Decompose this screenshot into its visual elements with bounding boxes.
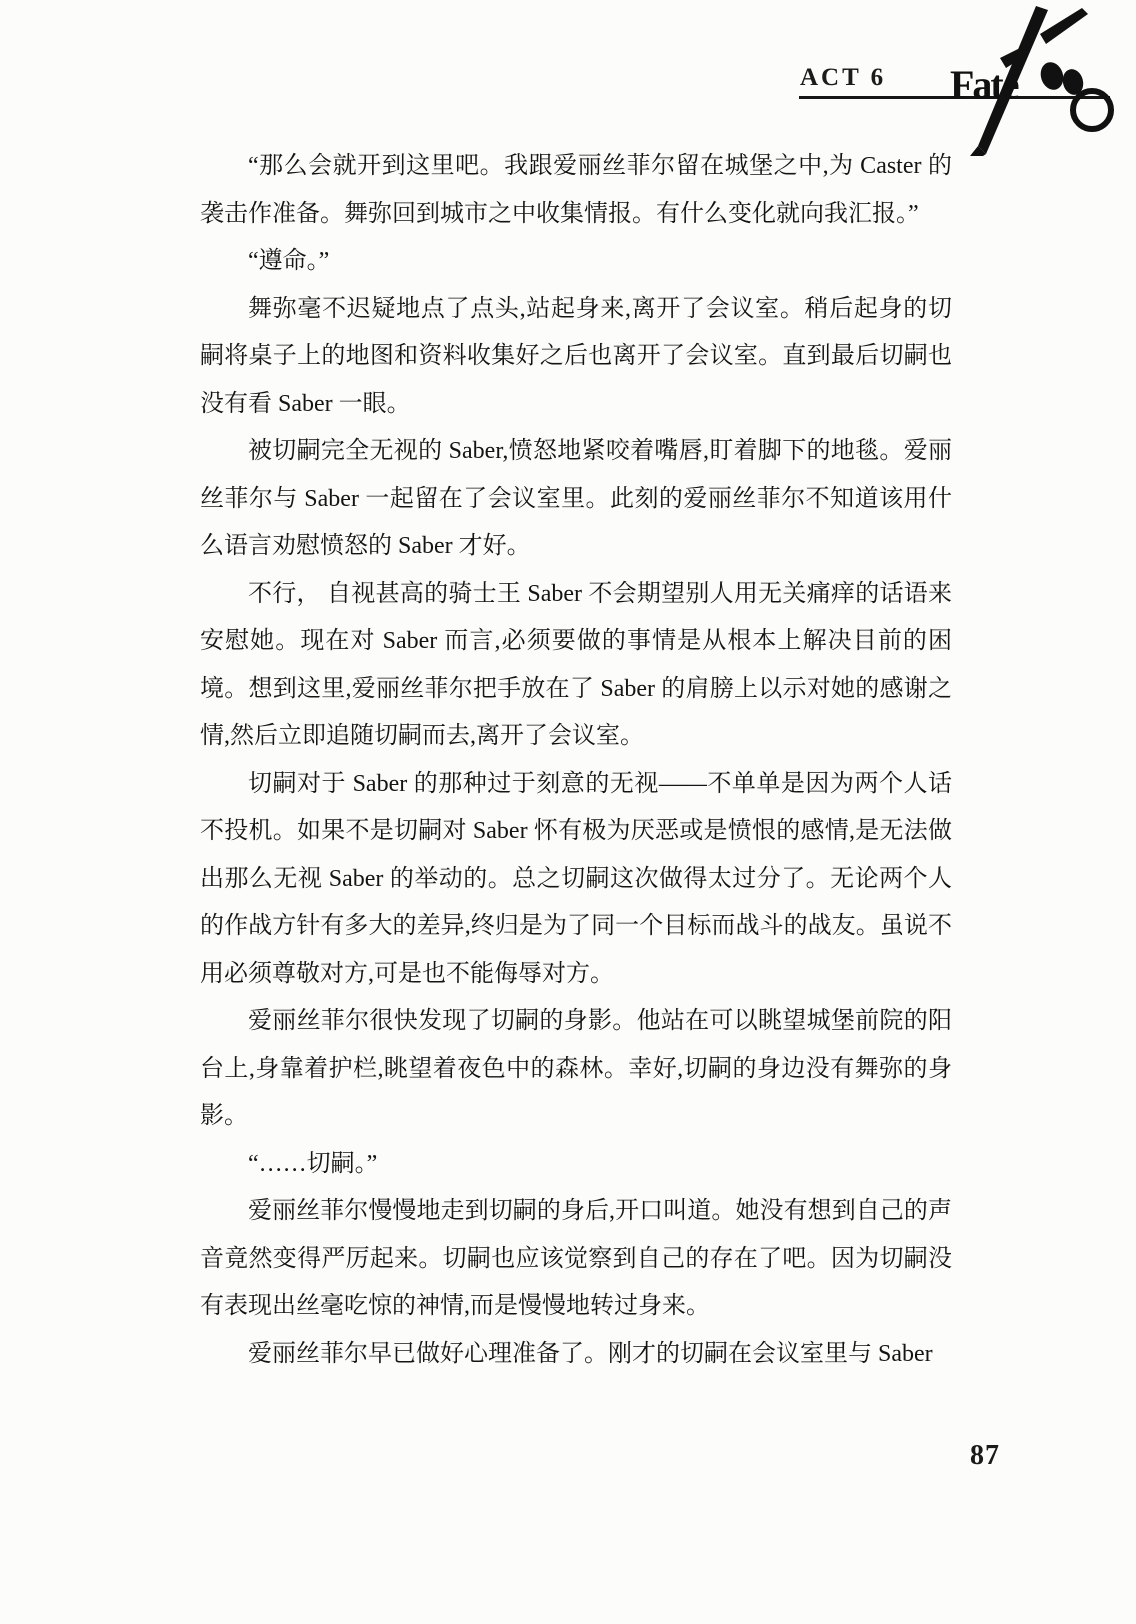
paragraph-narration-2: 被切嗣完全无视的 Saber,愤怒地紧咬着嘴唇,盯着脚下的地毯。爱丽丝菲尔与 S… bbox=[200, 428, 952, 571]
book-page: ACT 6 Fate bbox=[0, 0, 1136, 1624]
paragraph-narration-3: 不行， 自视甚高的骑士王 Saber 不会期望别人用无关痛痒的话语来安慰她。现在… bbox=[200, 571, 952, 761]
paragraph-narration-6: 爱丽丝菲尔慢慢地走到切嗣的身后,开口叫道。她没有想到自己的声音竟然变得严厉起来。… bbox=[200, 1188, 952, 1331]
paragraph-narration-5: 爱丽丝菲尔很快发现了切嗣的身影。他站在可以眺望城堡前院的阳台上,身靠着护栏,眺望… bbox=[200, 998, 952, 1141]
paragraph-narration-4: 切嗣对于 Saber 的那种过于刻意的无视——不单单是因为两个人话不投机。如果不… bbox=[200, 761, 952, 999]
paragraph-narration-1: 舞弥毫不迟疑地点了点头,站起身来,离开了会议室。稍后起身的切嗣将桌子上的地图和资… bbox=[200, 286, 952, 429]
page-number: 87 bbox=[970, 1440, 1000, 1472]
paragraph-dialog-kiritsugu: “那么会就开到这里吧。我跟爱丽丝菲尔留在城堡之中,为 Caster 的袭击作准备… bbox=[200, 143, 952, 238]
act-heading: ACT 6 bbox=[800, 64, 886, 92]
body-text: “那么会就开到这里吧。我跟爱丽丝菲尔留在城堡之中,为 Caster 的袭击作准备… bbox=[200, 143, 952, 1378]
paragraph-narration-7: 爱丽丝菲尔早已做好心理准备了。刚才的切嗣在会议室里与 Saber bbox=[200, 1331, 952, 1379]
paragraph-dialog-reply: “遵命。” bbox=[200, 238, 952, 286]
fate-zero-logo: Fate bbox=[940, 6, 1120, 156]
paragraph-dialog-irisviel: “……切嗣。” bbox=[200, 1141, 952, 1189]
page-header: ACT 6 Fate bbox=[0, 0, 1136, 160]
